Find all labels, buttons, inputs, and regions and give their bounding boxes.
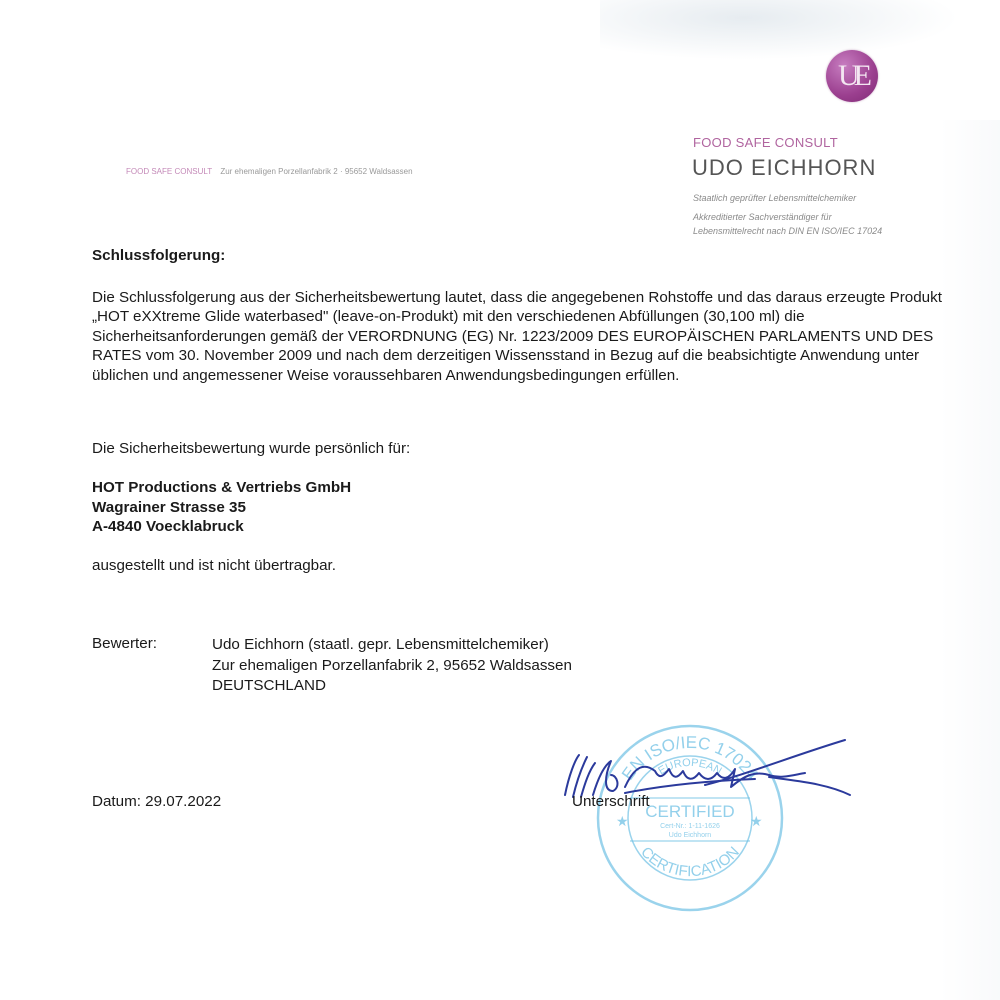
assessor-label: Bewerter: <box>92 635 157 652</box>
sender-address: Zur ehemaligen Porzellanfabrik 2 · 95652… <box>220 167 412 176</box>
credential-3: Lebensmittelrecht nach DIN EN ISO/IEC 17… <box>693 226 882 236</box>
assessor-details: Udo Eichhorn (staatl. gepr. Lebensmittel… <box>212 635 572 697</box>
assessor-address: Zur ehemaligen Porzellanfabrik 2, 95652 … <box>212 656 572 677</box>
logo-initials: UE <box>838 61 866 91</box>
assessor-country: DEUTSCHLAND <box>212 676 572 697</box>
date-text: Datum: 29.07.2022 <box>92 793 221 810</box>
svg-text:★: ★ <box>616 813 629 829</box>
sender-line: FOOD SAFE CONSULT Zur ehemaligen Porzell… <box>126 167 413 176</box>
conclusion-section: Schlussfolgerung: Die Schlussfolgerung a… <box>92 246 952 386</box>
company-name: FOOD SAFE CONSULT <box>693 135 838 150</box>
section-heading: Schlussfolgerung: <box>92 246 952 266</box>
recipient-address: HOT Productions & Vertriebs GmbH Wagrain… <box>92 478 351 537</box>
intro-text: Die Sicherheitsbewertung wurde persönlic… <box>92 440 410 457</box>
svg-text:Udo Eichhorn: Udo Eichhorn <box>669 832 712 839</box>
ue-logo-icon: UE <box>826 50 878 102</box>
sender-company: FOOD SAFE CONSULT <box>126 167 212 176</box>
recipient-city: A-4840 Voecklabruck <box>92 517 351 537</box>
background-wash <box>600 0 960 60</box>
recipient-company: HOT Productions & Vertriebs GmbH <box>92 478 351 498</box>
consultant-name: UDO EICHHORN <box>692 155 876 181</box>
credential-2: Akkreditierter Sachverständiger für <box>693 212 832 222</box>
recipient-street: Wagrainer Strasse 35 <box>92 498 351 518</box>
assessor-name: Udo Eichhorn (staatl. gepr. Lebensmittel… <box>212 635 572 656</box>
svg-text:Cert-Nr.: 1-11-1626: Cert-Nr.: 1-11-1626 <box>660 823 720 830</box>
credential-1: Staatlich geprüfter Lebensmittelchemiker <box>693 193 856 203</box>
conclusion-paragraph: Die Schlussfolgerung aus der Sicherheits… <box>92 288 942 386</box>
svg-text:CERTIFICATION: CERTIFICATION <box>637 844 743 881</box>
issued-text: ausgestellt und ist nicht übertragbar. <box>92 557 336 574</box>
signature-label: Unterschrift <box>572 793 650 810</box>
svg-text:★: ★ <box>750 813 763 829</box>
